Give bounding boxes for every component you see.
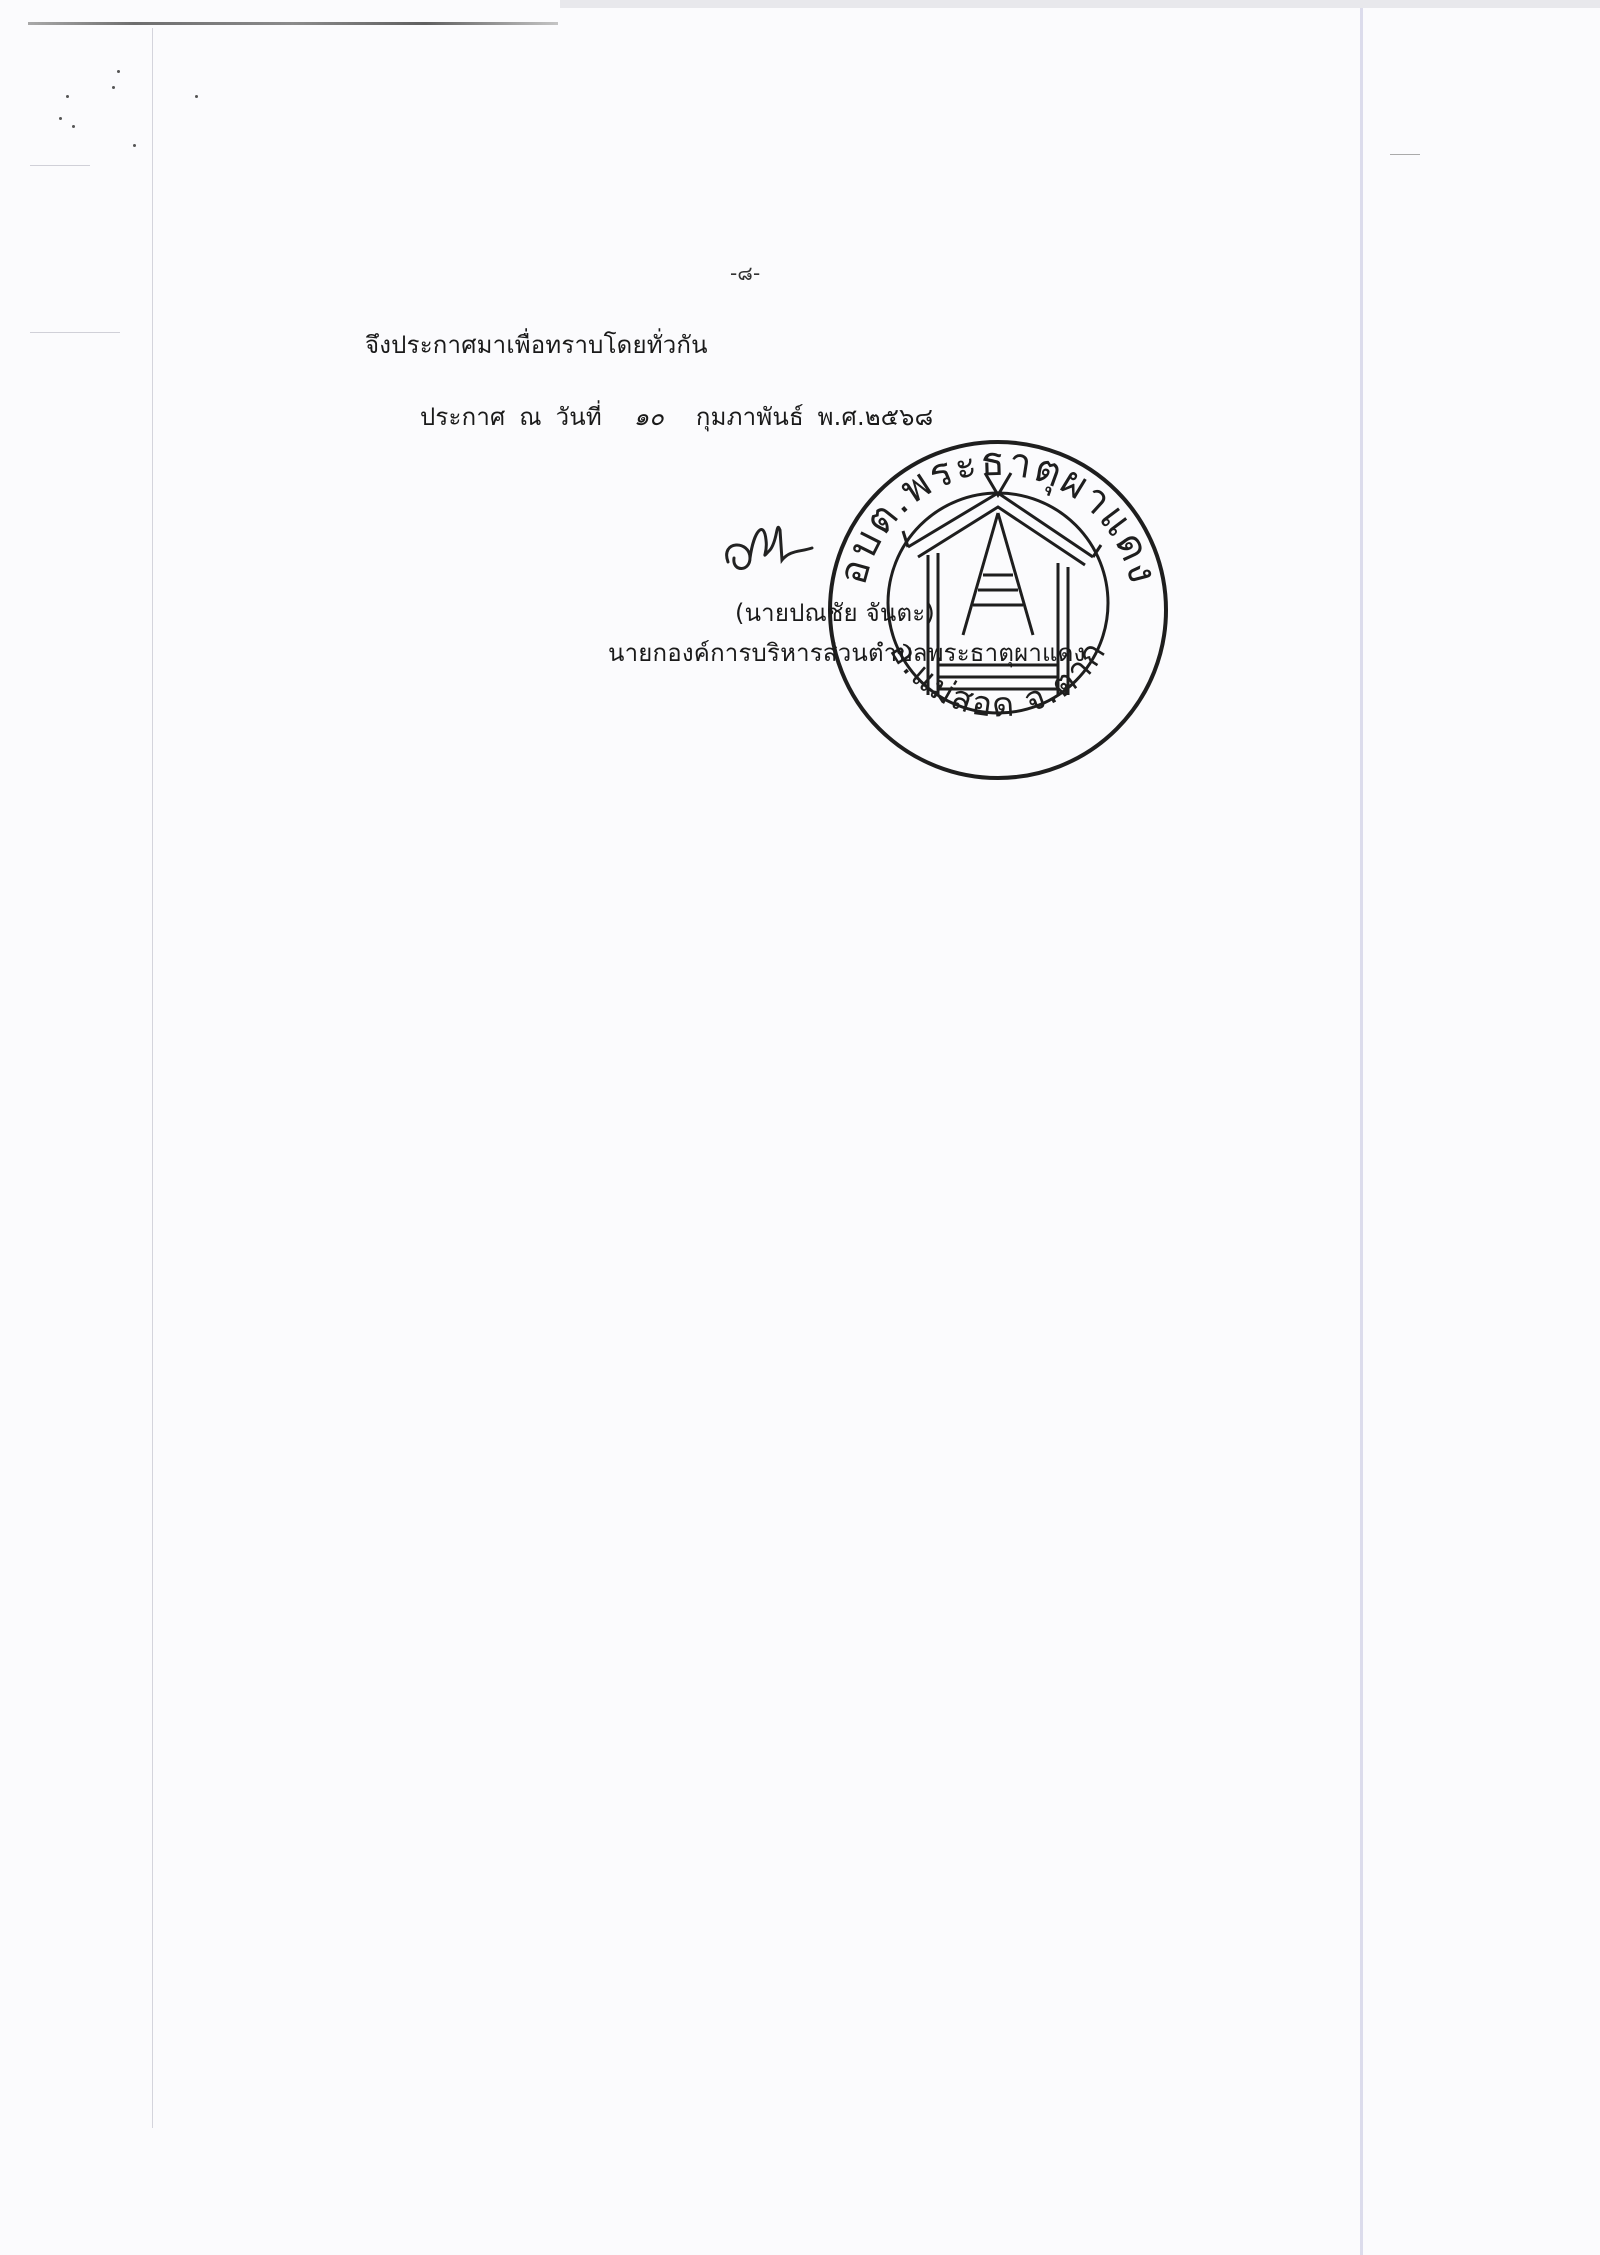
closing-statement: จึงประกาศมาเพื่อทราบโดยทั่วกัน	[365, 330, 708, 360]
date-year: ๒๕๖๘	[865, 403, 934, 431]
faint-dash	[30, 332, 120, 333]
left-margin-line	[152, 28, 153, 2128]
scan-speck	[195, 95, 198, 98]
date-month: กุมภาพันธ์	[696, 403, 804, 431]
scan-speck	[117, 70, 120, 73]
announcement-date: ประกาศ ณ วันที่ ๑๐ กุมภาพันธ์ พ.ศ.๒๕๖๘	[420, 402, 933, 432]
date-prefix: ประกาศ ณ วันที่	[420, 403, 602, 431]
scan-speck	[72, 125, 75, 128]
page-number: -๘-	[730, 258, 760, 288]
date-day-handwritten: ๑๐	[616, 403, 682, 431]
scan-speck	[133, 144, 136, 147]
signer-name: (นายปณชัย จันตะ)	[735, 598, 935, 628]
scan-edge-band	[560, 0, 1600, 8]
faint-dash	[30, 165, 90, 166]
signer-position: นายกองค์การบริหารส่วนตำบลพระธาตุผาแดง	[608, 638, 1085, 668]
scan-speck	[112, 86, 115, 89]
right-margin-line	[1360, 8, 1363, 2255]
date-year-label: พ.ศ.	[818, 403, 865, 431]
scan-speck	[59, 117, 62, 120]
scan-edge-line	[28, 22, 558, 25]
faint-dash	[1390, 154, 1420, 155]
scan-speck	[66, 95, 69, 98]
